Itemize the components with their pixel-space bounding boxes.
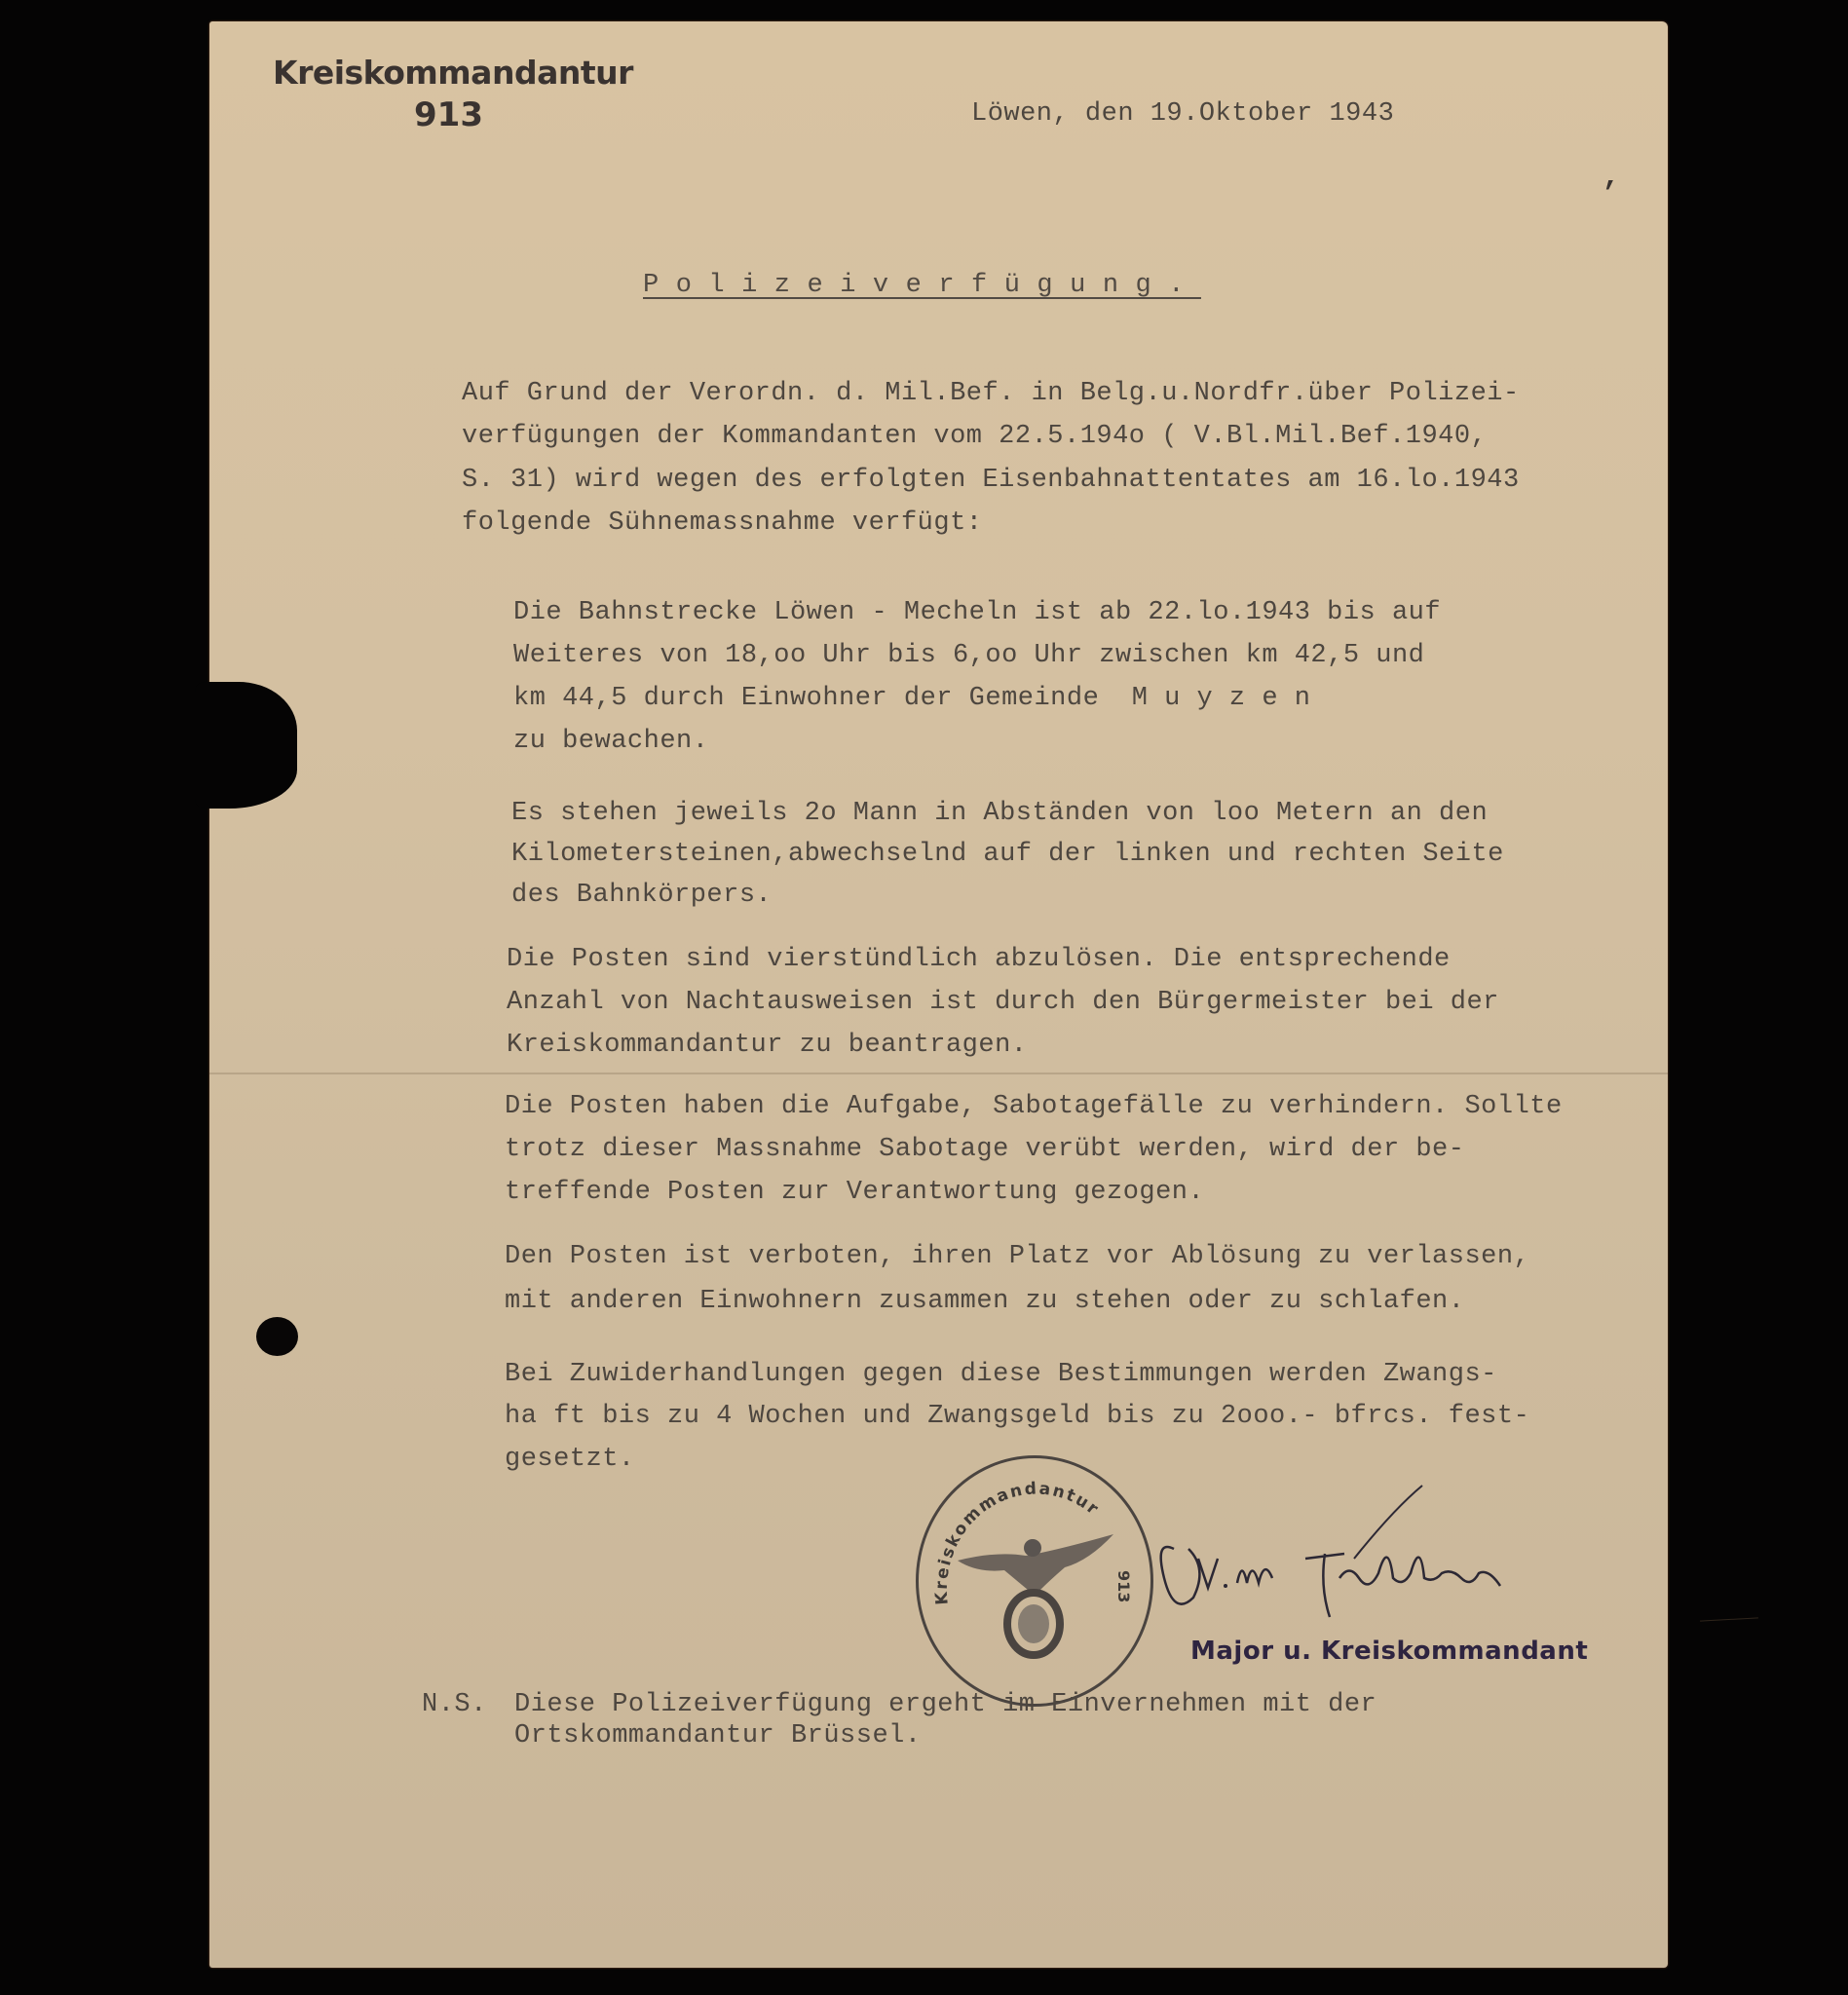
paragraph-line: des Bahnkörpers.: [511, 874, 772, 917]
postscript-label: N.S.: [422, 1683, 487, 1726]
paragraph-line: Die Posten sind vierstündlich abzulösen.…: [507, 938, 1451, 981]
eagle-emblem-icon: Kreiskommandantur 913: [919, 1458, 1150, 1704]
stray-mark: ,: [1603, 161, 1620, 194]
office-number-stamp: 913: [414, 95, 483, 134]
paragraph-line: zu bewachen.: [513, 720, 708, 763]
paragraph-line: Kilometersteinen,abwechselnd auf der lin…: [511, 833, 1504, 876]
paragraph-line: mit anderen Einwohnern zusammen zu stehe…: [505, 1280, 1464, 1323]
paragraph-line: treffende Posten zur Verantwortung gezog…: [505, 1171, 1204, 1214]
paragraph-line: Anzahl von Nachtausweisen ist durch den …: [507, 981, 1499, 1024]
intro-line: verfügungen der Kommandanten vom 22.5.19…: [462, 415, 1487, 458]
svg-text:913: 913: [1114, 1570, 1133, 1602]
official-seal: Kreiskommandantur 913: [916, 1455, 1153, 1707]
torn-edge: [195, 682, 297, 809]
handwritten-signature: [1150, 1481, 1539, 1641]
paragraph-line: km 44,5 durch Einwohner der Gemeinde M u…: [513, 677, 1310, 720]
paragraph-line: Den Posten ist verboten, ihren Platz vor…: [505, 1235, 1529, 1278]
crease-mark: [1700, 1617, 1758, 1621]
office-name-stamp: Kreiskommandantur: [273, 54, 633, 92]
paragraph-line: Kreiskommandantur zu beantragen.: [507, 1024, 1027, 1067]
punch-hole: [256, 1317, 298, 1356]
paragraph-line: trotz dieser Massnahme Sabotage verübt w…: [505, 1128, 1464, 1171]
paragraph-line: Weiteres von 18,oo Uhr bis 6,oo Uhr zwis…: [513, 634, 1424, 677]
date-line: Löwen, den 19.Oktober 1943: [971, 93, 1394, 135]
paragraph-line: Es stehen jeweils 2o Mann in Abständen v…: [511, 792, 1488, 835]
paragraph-line: gesetzt.: [505, 1438, 635, 1481]
signatory-title-stamp: Major u. Kreiskommandant: [1190, 1637, 1588, 1666]
intro-line: S. 31) wird wegen des erfolgten Eisenbah…: [462, 459, 1520, 502]
fold-line: [209, 1073, 1668, 1074]
paragraph-line: ha ft bis zu 4 Wochen und Zwangsgeld bis…: [505, 1395, 1529, 1438]
intro-line: Auf Grund der Verordn. d. Mil.Bef. in Be…: [462, 372, 1520, 415]
paragraph-line: Bei Zuwiderhandlungen gegen diese Bestim…: [505, 1353, 1497, 1396]
svg-text:Kreiskommandantur: Kreiskommandantur: [932, 1479, 1104, 1605]
paragraph-line: Die Posten haben die Aufgabe, Sabotagefä…: [505, 1085, 1563, 1128]
paragraph-line: Die Bahnstrecke Löwen - Mecheln ist ab 2…: [513, 591, 1441, 634]
intro-line: folgende Sühnemassnahme verfügt:: [462, 502, 982, 545]
document-title: Polizeiverfügung.: [643, 271, 1201, 300]
postscript-line: Ortskommandantur Brüssel.: [514, 1714, 922, 1757]
